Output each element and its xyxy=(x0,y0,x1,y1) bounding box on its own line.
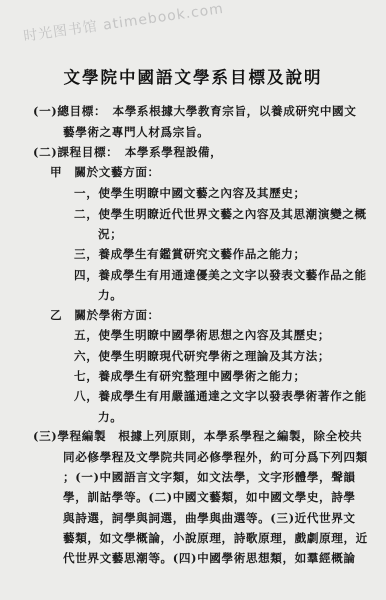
text-line: 況； xyxy=(98,226,122,242)
text-line: 一，使學生明瞭中國文藝之內容及其歷史； xyxy=(74,185,306,201)
text-line: 藝類，如文學概論，小說原理，詩歌原理，戲劇原理，近 xyxy=(63,530,368,546)
text-line: 五，使學生明瞭中國學術思想之內容及其歷史； xyxy=(74,327,330,343)
text-line: ；(一)中國語言文字類，如文法學，文字形體學，聲韻 xyxy=(63,469,356,485)
text-line: (一)總目標： 本學系根據大學教育宗旨，以養成研究中國文 xyxy=(33,103,356,119)
text-line: 力。 xyxy=(98,409,122,425)
text-line: 二，使學生明瞭近代世界文藝之內容及其思潮演變之概 xyxy=(74,206,367,222)
text-line: 四，養成學生有用通達優美之文字以發表文藝作品之能 xyxy=(74,267,367,283)
text-line: 乙 關於學術方面： xyxy=(50,307,160,323)
text-line: 七，養成學生有研究整理中國學術之能力； xyxy=(74,368,306,384)
text-line: 甲 關於文藝方面： xyxy=(50,164,160,180)
text-line: (二)課程目標： 本學系學程設備， xyxy=(33,144,222,160)
text-line: (三)學程編製 根據上列原則，本學系學程之編製，除全校共 xyxy=(33,428,362,444)
watermark: 时光图书馆 atimebook.com xyxy=(22,0,225,46)
text-line: 藝學術之專門人材爲宗旨。 xyxy=(63,124,209,140)
text-line: 力。 xyxy=(98,287,122,303)
text-line: 學，訓詁學等。(二)中國文藝類，如中國文學史，詩學 xyxy=(63,489,356,505)
page-title: 文學院中國語文學系目標及說明 xyxy=(0,64,386,88)
text-line: 同必修學程及文學院共同必修學程外，約可分爲下列四類 xyxy=(63,449,368,465)
text-line: 三，養成學生有鑑賞研究文藝作品之能力； xyxy=(74,246,306,262)
text-line: 六，使學生明瞭現代研究學術之理論及其方法； xyxy=(74,348,330,364)
text-line: 八，養成學生有用嚴謹通達之文字以發表學術著作之能 xyxy=(74,388,367,404)
text-line: 與詩選，詞學與詞選，曲學與曲選等。(三)近代世界文 xyxy=(63,510,356,526)
text-line: 代世界文藝思潮等。(四)中國學術思想類，如羣經概論 xyxy=(63,550,356,566)
